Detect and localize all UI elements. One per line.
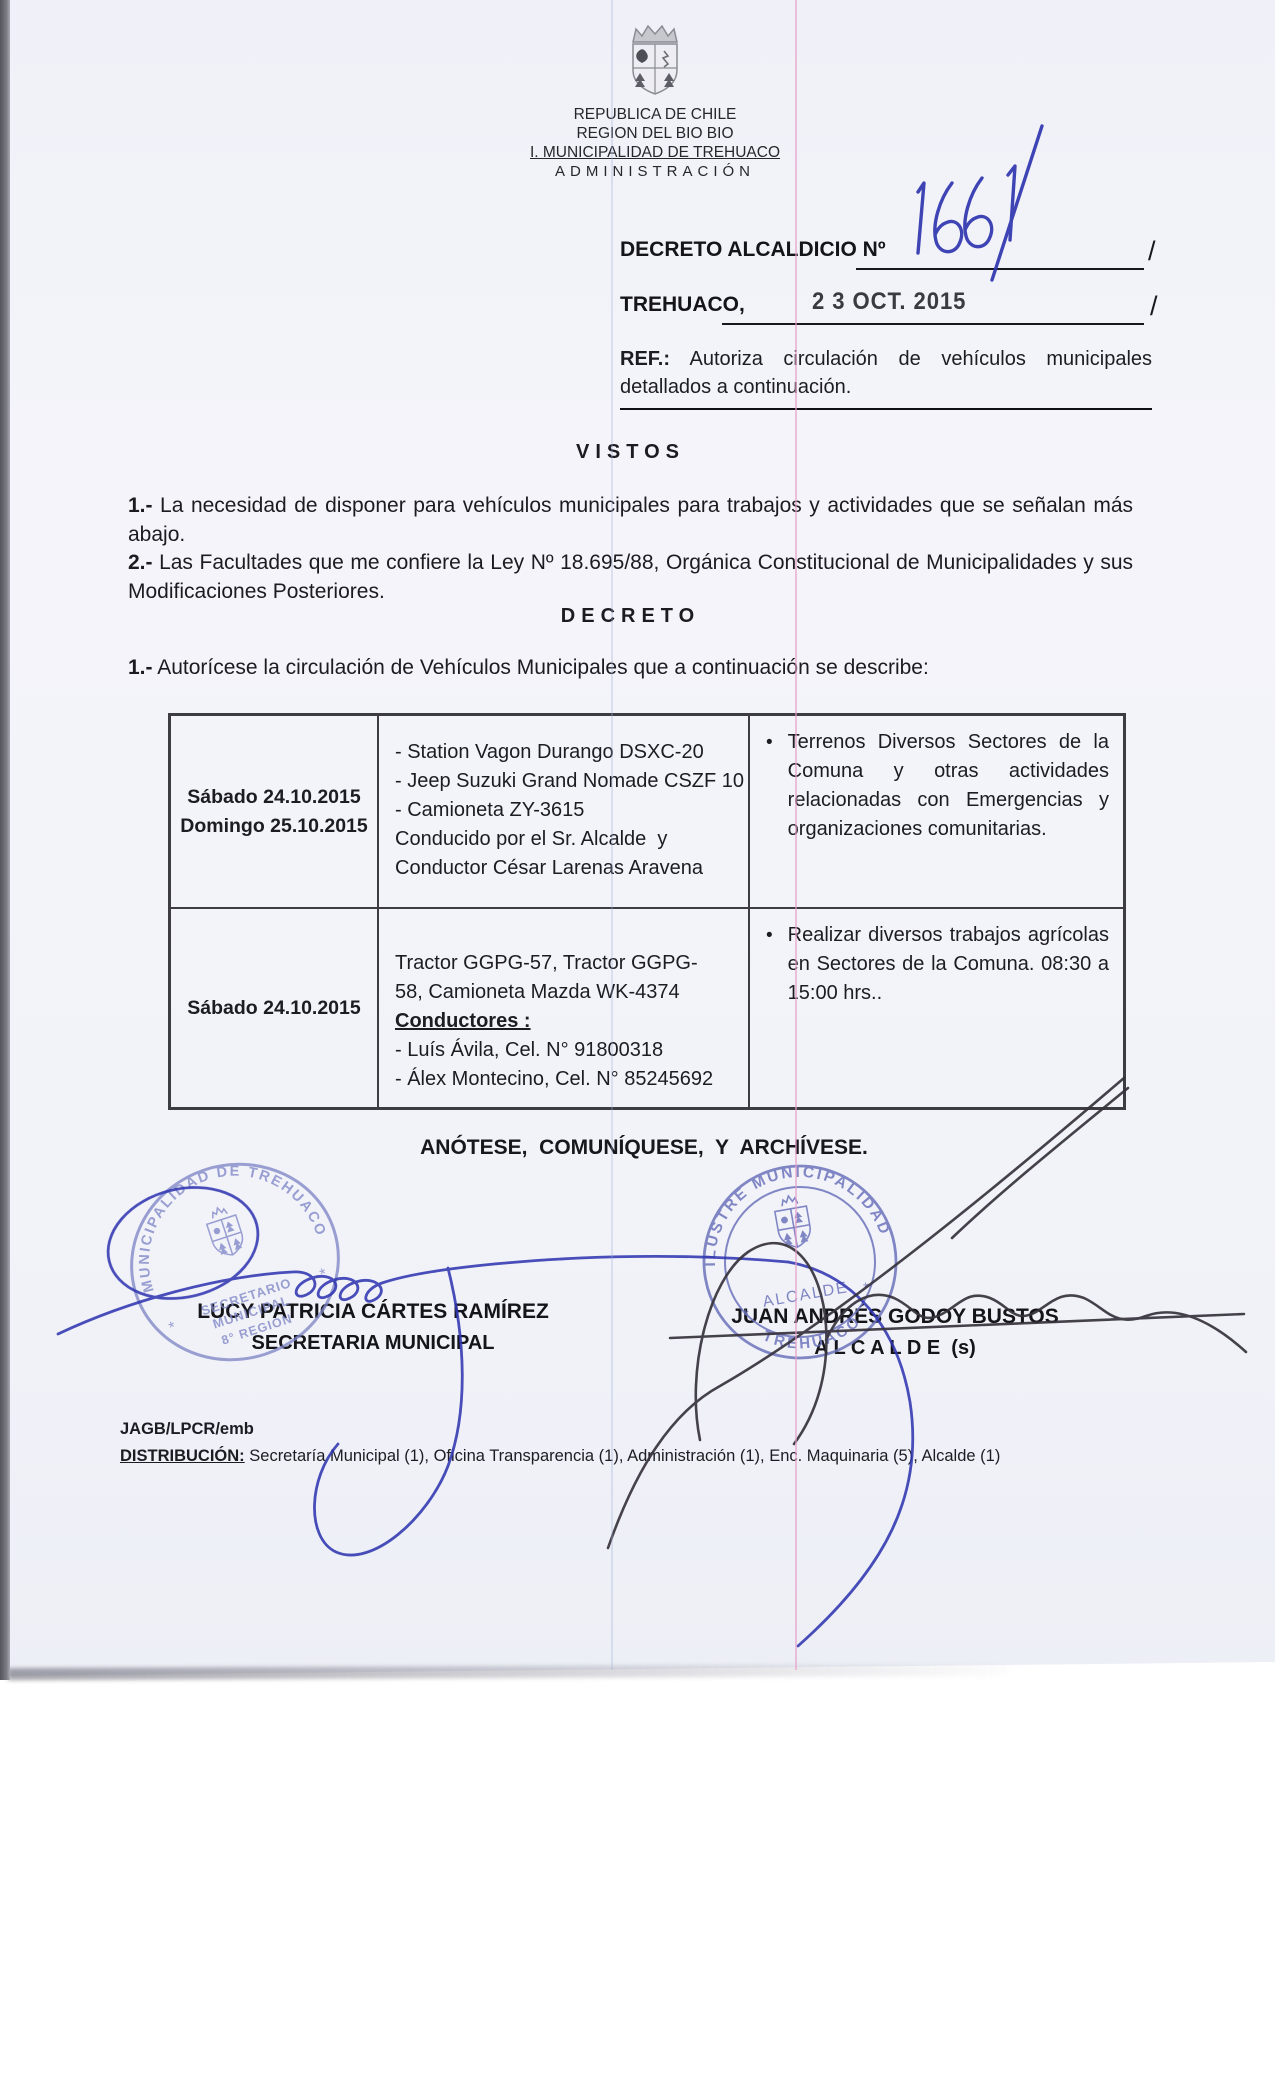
ref-line2: detallados a continuación. [620, 374, 1152, 402]
scan-edge-strip [0, 0, 10, 1680]
ref-line1: REF.: Autoriza circulación de vehículos … [620, 346, 1152, 374]
date-stamp: 2 3 OCT. 2015 [812, 288, 966, 316]
table-cell-vehicles-row1: - Station Vagon Durango DSXC-20 - Jeep S… [378, 715, 749, 908]
table-cell-purpose-row1: • Terrenos Diversos Sectores de la Comun… [749, 715, 1124, 908]
slash-mark: / [1148, 236, 1156, 267]
vistos-item-2: 2.- Las Facultades que me confiere la Le… [128, 549, 1133, 606]
bullet-icon: • [766, 921, 773, 1107]
vistos-heading: VISTOS [128, 438, 1133, 467]
alcalde-name: JUAN ANDRÉS GODOY BUSTOS [695, 1305, 1095, 1329]
footer-distribution: DISTRIBUCIÓN: Secretaría Municipal (1), … [120, 1447, 1160, 1466]
decreto-heading: DECRETO [128, 602, 1133, 631]
distribution-label: DISTRIBUCIÓN: [120, 1447, 245, 1465]
ref-label: REF.: [620, 348, 670, 370]
vistos-item-1: 1.- La necesidad de disponer para vehícu… [128, 492, 1133, 549]
secretaria-name: LUCY PATRICIA CÁRTES RAMÍREZ [173, 1300, 573, 1324]
header-country: REPUBLICA DE CHILE [455, 105, 855, 124]
alcalde-title: A L C A L D E (s) [695, 1337, 1095, 1360]
bullet-icon: • [766, 728, 773, 907]
municipal-crest-icon [609, 22, 701, 100]
signature-block-secretaria: LUCY PATRICIA CÁRTES RAMÍREZ SECRETARIA … [173, 1300, 573, 1355]
header-municipality: I. MUNICIPALIDAD DE TREHUACO [455, 143, 855, 162]
footer-initials: JAGB/LPCR/emb [120, 1420, 254, 1439]
slash-mark: / [1150, 291, 1158, 322]
closing-formula: ANÓTESE, COMUNÍQUESE, Y ARCHÍVESE. [134, 1136, 1154, 1160]
decreto-item-1: 1.- Autorícese la circulación de Vehícul… [128, 654, 1133, 683]
vehicles-table: Sábado 24.10.2015 Domingo 25.10.2015 - S… [168, 713, 1126, 1110]
table-cell-purpose-row2: • Realizar diversos trabajos agrícolas e… [749, 908, 1124, 1108]
letterhead: REPUBLICA DE CHILE REGION DEL BIO BIO I.… [455, 22, 855, 181]
table-cell-dates-row1: Sábado 24.10.2015 Domingo 25.10.2015 [170, 715, 378, 908]
decree-number-label: DECRETO ALCALDICIO Nº [620, 238, 886, 262]
decree-number-line [856, 230, 1144, 270]
signature-block-alcalde: JUAN ANDRÉS GODOY BUSTOS A L C A L D E (… [695, 1305, 1095, 1360]
table-cell-dates-row2: Sábado 24.10.2015 [170, 908, 378, 1108]
table-cell-vehicles-row2: Tractor GGPG-57, Tractor GGPG-58, Camion… [378, 908, 749, 1108]
header-department: ADMINISTRACIÓN [455, 162, 855, 181]
secretaria-title: SECRETARIA MUNICIPAL [173, 1332, 573, 1355]
header-region: REGION DEL BIO BIO [455, 124, 855, 143]
ref-block: REF.: Autoriza circulación de vehículos … [620, 346, 1152, 410]
